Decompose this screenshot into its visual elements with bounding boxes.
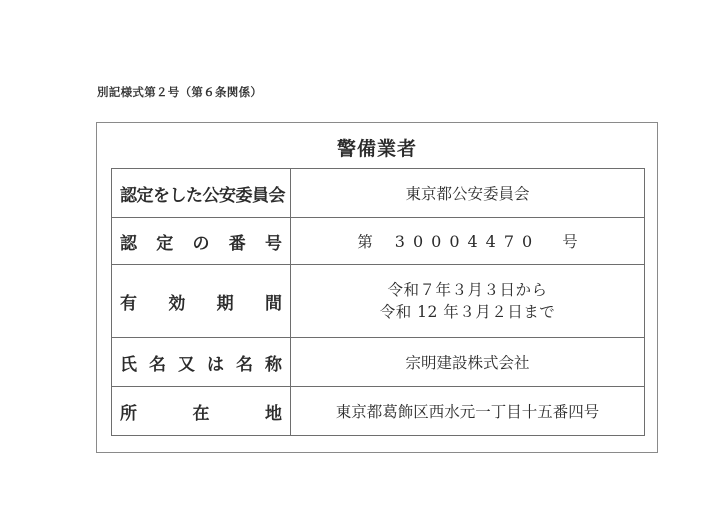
- label-char: は: [207, 350, 224, 375]
- certification-number: 30004470: [395, 232, 540, 251]
- label-char: 所: [120, 399, 137, 424]
- label-char: 効: [168, 289, 185, 314]
- label-char: 番: [229, 229, 246, 254]
- label-char: 期: [217, 289, 234, 314]
- form-reference: 別記様式第２号（第６条関係）: [97, 84, 262, 100]
- label-char: 認: [120, 229, 137, 254]
- table-row-company-name: 氏 名 又 は 名 称 宗明建設株式会社: [112, 338, 645, 387]
- label-certifying-commission: 認定をした公安委員会: [112, 169, 291, 218]
- sign-title: 警備業者: [96, 134, 658, 161]
- value-certification-number: 第 30004470 号: [291, 218, 645, 265]
- label-char: 在: [193, 399, 210, 424]
- validity-start: 令和７年３月３日から: [291, 279, 644, 301]
- label-text: 認定をした公安委員会: [120, 181, 282, 206]
- table-row-public-safety-commission: 認定をした公安委員会 東京都公安委員会: [112, 169, 645, 218]
- label-char: 氏: [120, 350, 137, 375]
- label-char: 名: [236, 350, 253, 375]
- label-address: 所 在 地: [112, 387, 291, 436]
- label-char: 称: [265, 350, 282, 375]
- label-certification-number: 認 定 の 番 号: [112, 218, 291, 265]
- table-row-address: 所 在 地 東京都葛飾区西水元一丁目十五番四号: [112, 387, 645, 436]
- registration-table: 認定をした公安委員会 東京都公安委員会 認 定 の 番 号 第 30004470…: [111, 168, 645, 436]
- table-row-validity-period: 有 効 期 間 令和７年３月３日から 令和 12 年３月２日まで: [112, 265, 645, 338]
- label-char: の: [193, 229, 210, 254]
- label-validity-period: 有 効 期 間: [112, 265, 291, 338]
- label-char: 間: [265, 289, 282, 314]
- label-char: 有: [120, 289, 137, 314]
- value-certifying-commission: 東京都公安委員会: [291, 169, 645, 218]
- value-company-name: 宗明建設株式会社: [291, 338, 645, 387]
- value-validity-period: 令和７年３月３日から 令和 12 年３月２日まで: [291, 265, 645, 338]
- label-char: 号: [265, 229, 282, 254]
- table-row-certification-number: 認 定 の 番 号 第 30004470 号: [112, 218, 645, 265]
- label-char: 定: [156, 229, 173, 254]
- label-char: 名: [149, 350, 166, 375]
- label-char: 地: [265, 399, 282, 424]
- number-prefix: 第: [357, 230, 373, 252]
- validity-end: 令和 12 年３月２日まで: [291, 301, 644, 323]
- number-suffix: 号: [562, 230, 578, 252]
- label-char: 又: [178, 350, 195, 375]
- value-address: 東京都葛飾区西水元一丁目十五番四号: [291, 387, 645, 436]
- label-company-name: 氏 名 又 は 名 称: [112, 338, 291, 387]
